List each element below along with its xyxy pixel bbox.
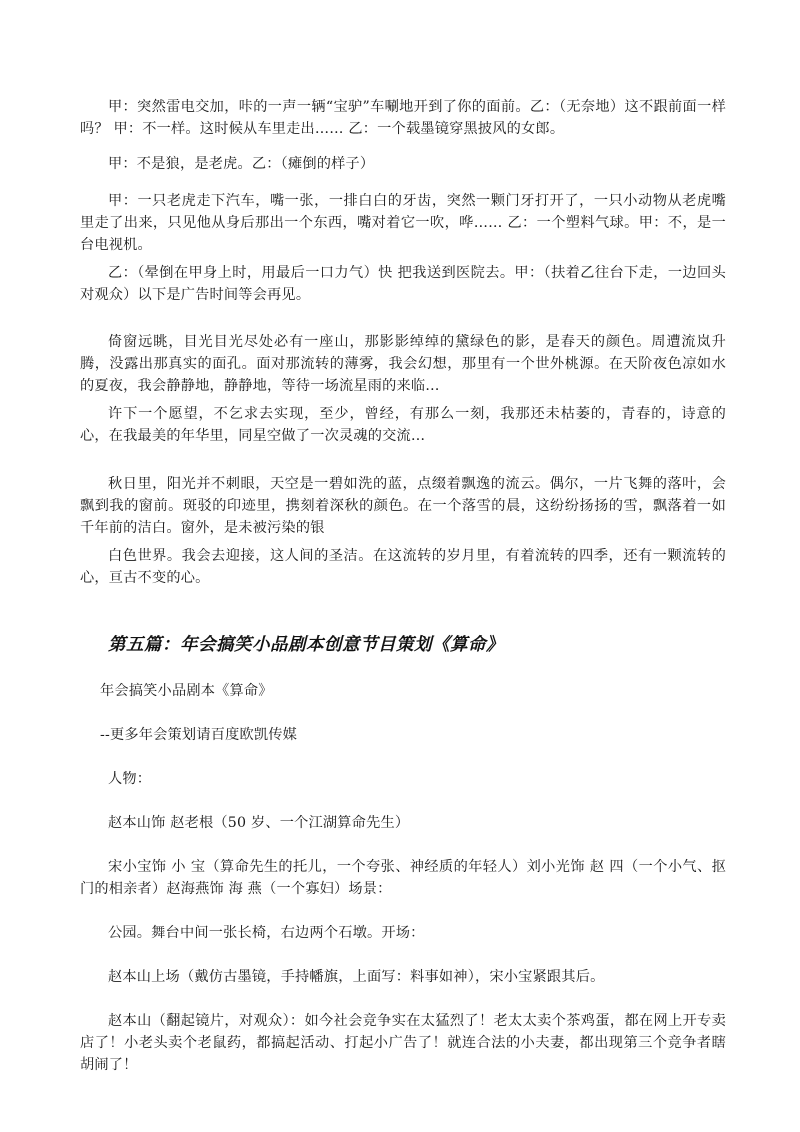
paragraph: 倚窗远眺，目光目光尽处必有一座山，那影影绰绰的黛绿色的影，是春天的颜色。周遭流岚… [80,331,726,397]
paragraph: 公园。舞台中间一张长椅，右边两个石墩。开场： [80,922,726,944]
paragraph: 宋小宝饰 小 宝（算命先生的托儿，一个夸张、神经质的年轻人）刘小光饰 赵 四（一… [80,856,726,900]
promo-line: --更多年会策划请百度欧凯传媒 [100,724,726,746]
section-heading: 第五篇：年会搞笑小品剧本创意节目策划《算命》 [108,632,728,658]
paragraph: 许下一个愿望，不乞求去实现，至少，曾经，有那么一刻，我那还未枯萎的，青春的，诗意… [80,403,726,447]
paragraph: 甲：一只老虎走下汽车，嘴一张，一排白白的牙齿，突然一颗门牙打开了，一只小动物从老… [80,190,726,256]
paragraph: 乙：（晕倒在甲身上时，用最后一口力气）快 把我送到医院去。甲：（扶着乙往台下走，… [80,262,726,306]
paragraph: 白色世界。我会去迎接，这人间的圣洁。在这流转的岁月里，有着流转的四季，还有一颗流… [80,545,726,589]
paragraph: 赵本山饰 赵老根（50 岁、一个江湖算命先生） [80,812,726,834]
paragraph: 甲：突然雷电交加，咔的一声一辆“宝驴”车唰地开到了你的面前。乙：（无奈地）这不跟… [80,96,726,140]
paragraph: 人物： [80,768,726,790]
paragraph: 赵本山上场（戴仿古墨镜，手持幡旗，上面写：料事如神），宋小宝紧跟其后。 [80,966,726,988]
script-title: 年会搞笑小品剧本《算命》 [100,680,726,702]
paragraph: 赵本山（翻起镜片，对观众）：如今社会竞争实在太猛烈了！老太太卖个茶鸡蛋，都在网上… [80,1010,726,1076]
paragraph: 秋日里，阳光并不刺眼，天空是一碧如洗的蓝，点缀着飘逸的流云。偶尔，一片飞舞的落叶… [80,473,726,539]
paragraph: 甲：不是狼，是老虎。乙：（瘫倒的样子） [80,153,726,175]
